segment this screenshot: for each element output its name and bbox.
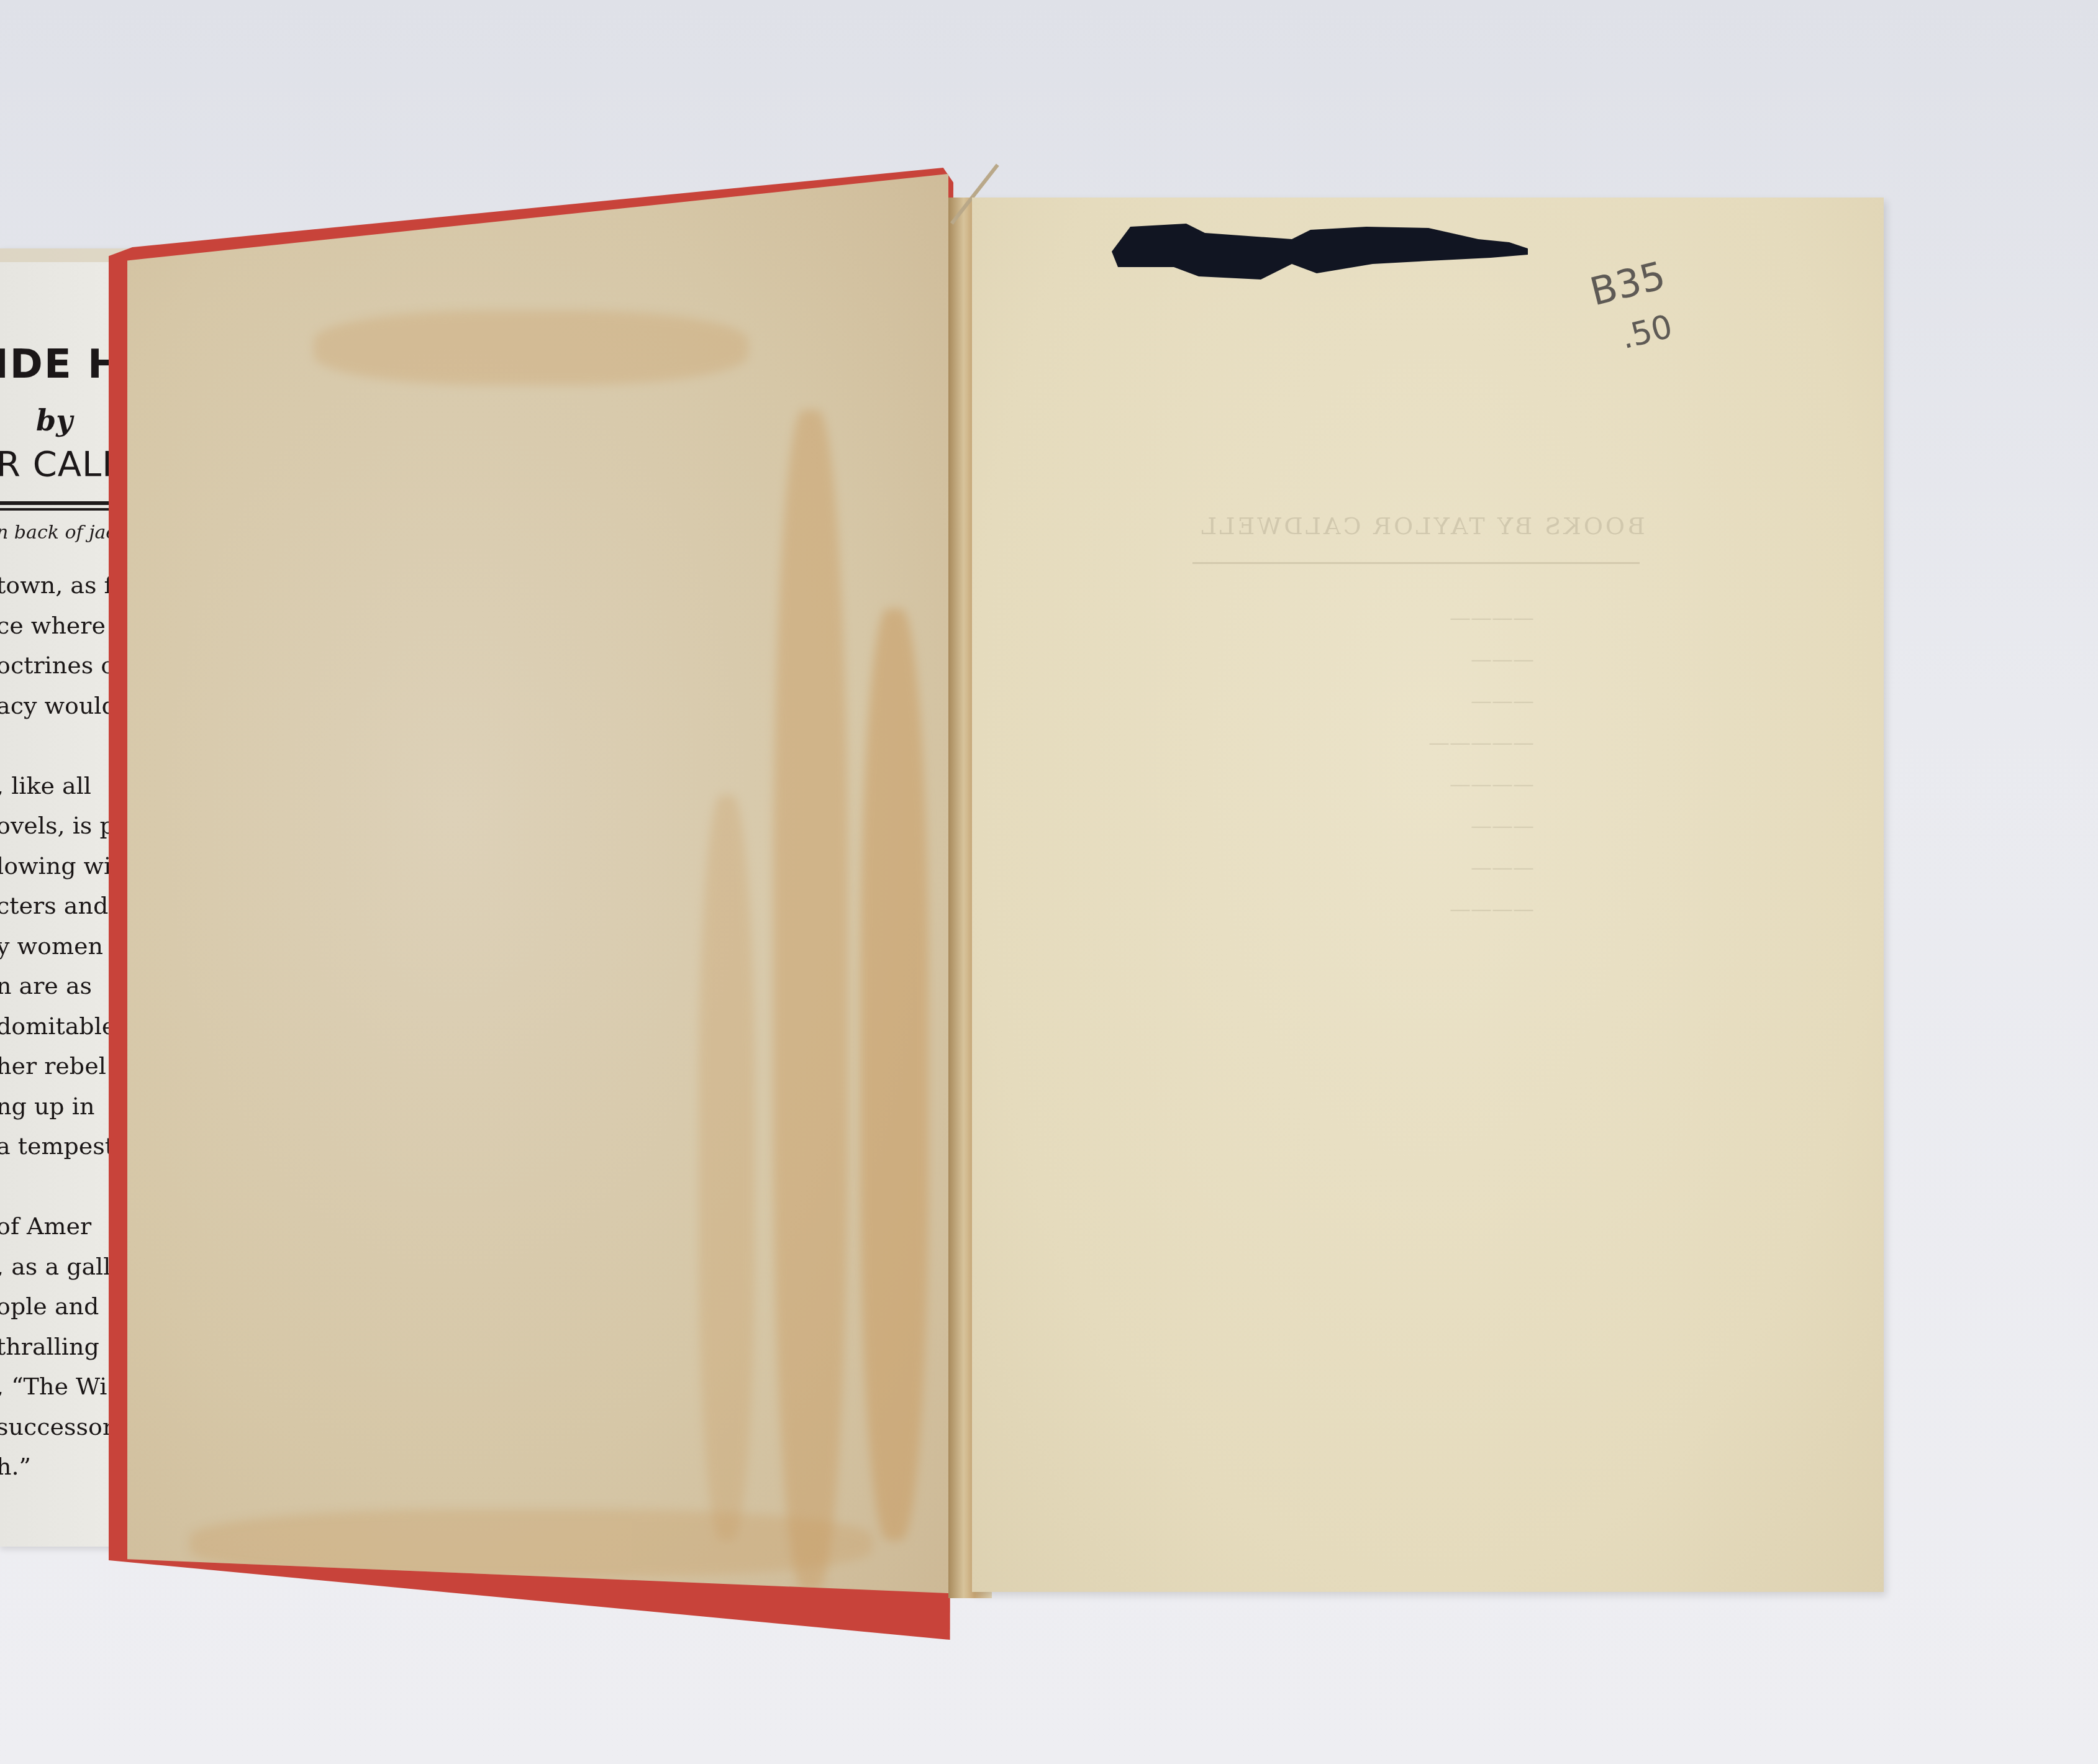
show-through-line: ———— (1428, 606, 1534, 647)
jacket-italic-note: n back of jac (0, 522, 116, 543)
front-endpaper (127, 174, 948, 1593)
foxing-stain (773, 410, 848, 1590)
foxing-stain (860, 609, 929, 1540)
show-through-line: ———— (1428, 772, 1534, 814)
show-through-line: ———— (1428, 897, 1534, 939)
foxing-stain (314, 311, 748, 385)
right-page (972, 198, 1884, 1592)
show-through-line: ——— (1428, 647, 1534, 689)
show-through-line: ————— (1428, 730, 1534, 772)
show-through-line: ——— (1428, 689, 1534, 730)
foxing-stain (699, 795, 755, 1540)
show-through-heading: BOOKS BY TAYLOR CALDWELL (1199, 512, 1645, 540)
show-through-line: ——— (1428, 814, 1534, 855)
jacket-by: by (36, 404, 73, 437)
show-through-line: ——— (1428, 855, 1534, 897)
jacket-title-fragment: IDE H (0, 342, 122, 388)
marker-redaction (1106, 214, 1534, 280)
show-through-rule (1192, 562, 1640, 564)
show-through-list: ———— ——— ——— ————— ———— ——— ——— ———— (1428, 606, 1534, 939)
